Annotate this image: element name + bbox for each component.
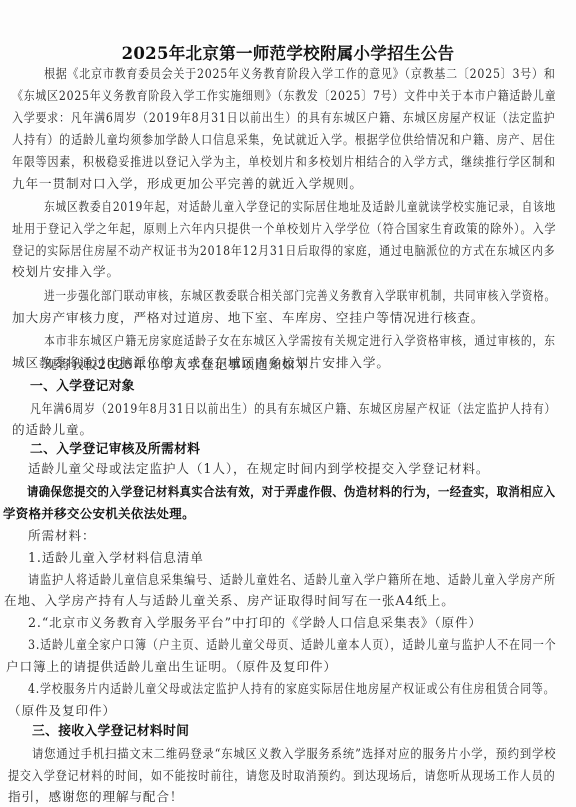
intro-p1-line-2: 《东城区2025年义务教育阶段入学工作实施细则》（东教发〔2025〕7号）文件中…	[12, 88, 556, 104]
material-item-2: 2.“北京市义务教育入学服务平台”中打印的《学龄人口信息采集表》（原件）	[28, 615, 482, 631]
intro-p2-line-1: 东城区教委自2019年起，对适龄儿童入学登记的实际居住地址及适龄儿童就读学校实施…	[44, 199, 556, 215]
section-2-warning-line-1: 请确保您提交的入学登记材料真实合法有效，对于弄虚作假、伪造材料的行为，一经查实，…	[27, 484, 555, 500]
material-item-1-line-2: 请监护人将适龄儿童信息采集编号、适龄儿童姓名、适龄儿童入学户籍所在地、适龄儿童入…	[28, 572, 556, 588]
material-item-1-title: 1.适龄儿童入学材料信息清单	[28, 550, 204, 566]
section-1-line-1: 凡年满6周岁（2019年8月31日以前出生）的具有东城区户籍、东城区房屋产权证（…	[30, 401, 556, 417]
section-2-submit-line: 适龄儿童父母或法定监护人（1人），在规定时间内到学校提交入学登记材料。	[28, 461, 489, 477]
section-3-heading: 三、接收入学登记材料时间	[32, 724, 189, 740]
section-3-line-3: 指引，感谢您的理解与配合！	[8, 789, 183, 805]
material-item-4-line-1: 4.学校服务片内适龄儿童父母或法定监护人持有的家庭实际居住地房屋产权证或公有住房…	[28, 681, 555, 697]
section-3-line-1: 请您通过手机扫描文末二维码登录“东城区义教入学服务系统”选择对应的服务片小学，预…	[32, 746, 556, 762]
intro-p2-line-4: 校划片安排入学。	[12, 264, 120, 280]
intro-p1-line-3: 入学要求：凡年满6周岁（2019年8月31日以前出生）的具有东城区户籍、东城区房…	[12, 110, 555, 126]
intro-p2-line-2: 址用于登记入学之年起，原则上六年内只提供一个单校划片入学学位（符合国家生育政策的…	[12, 221, 556, 237]
section-1-heading: 一、入学登记对象	[30, 379, 135, 395]
section-1-line-2: 的适龄儿童。	[12, 422, 93, 438]
section-2-warning-line-2: 学资格并移交公安机关依法处理。	[3, 506, 195, 522]
notice-intro-line: 现将我校2025年小学入学登记事项通知如下：	[44, 357, 323, 373]
intro-p2-line-3: 登记的实际居住房屋不动产权证书为2018年12月31日后取得的家庭，通过电脑派位…	[12, 243, 555, 259]
material-item-3-line-1: 3.适龄儿童全家户口簿（户主页、适龄儿童父母页、适龄儿童本人页），适龄儿童与监护…	[28, 637, 556, 653]
intro-p4-line-1: 本市非东城区户籍无房家庭适龄子女在东城区入学需按有关规定进行入学资格审核，通过审…	[44, 333, 556, 349]
materials-label: 所需材料：	[28, 528, 95, 544]
material-item-1-line-3: 在地、入学房产持有人与适龄儿童关系、房产证取得时间写在一张A4纸上。	[4, 593, 455, 609]
document-title: 2025年北京第一师范学校附属小学招生公告	[0, 40, 576, 64]
section-2-heading: 二、入学登记审核及所需材料	[30, 442, 200, 458]
intro-p3-line-1: 进一步强化部门联动审核，东城区教委联合相关部门完善义务教育入学联审机制，共同审核…	[44, 288, 556, 304]
intro-p1-line-6: 九年一贯制对口入学，形成更加公平完善的就近入学规则。	[12, 176, 363, 192]
intro-p1-line-5: 年限等因素，积极稳妥推进以登记入学为主，单校划片和多校划片相结合的入学方式，继续…	[12, 154, 556, 170]
intro-p1-line-4: 人持有）的适龄儿童均须参加学龄人口信息采集，免试就近入学。根据学位供给情况和户籍…	[12, 132, 556, 148]
material-item-3-line-2: 户口簿上的请提供适龄儿童出生证明。（原件及复印件）	[6, 659, 337, 675]
notice-page: 2025年北京第一师范学校附属小学招生公告 根据《北京市教育委员会关于2025年…	[0, 0, 576, 807]
intro-p3-line-2: 加大房产审核力度，严格对过道房、地下室、车库房、空挂户等情况进行核查。	[12, 310, 484, 326]
section-3-line-2: 提交入学登记材料的时间，如不能按时前往，请您及时取消预约。到达现场后，请您听从现…	[8, 768, 555, 784]
intro-p1-line-1: 根据《北京市教育委员会关于2025年义务教育阶段入学工作的意见》（京教基二〔20…	[44, 66, 556, 82]
material-item-4-line-2: （原件及复印件）	[8, 703, 116, 719]
